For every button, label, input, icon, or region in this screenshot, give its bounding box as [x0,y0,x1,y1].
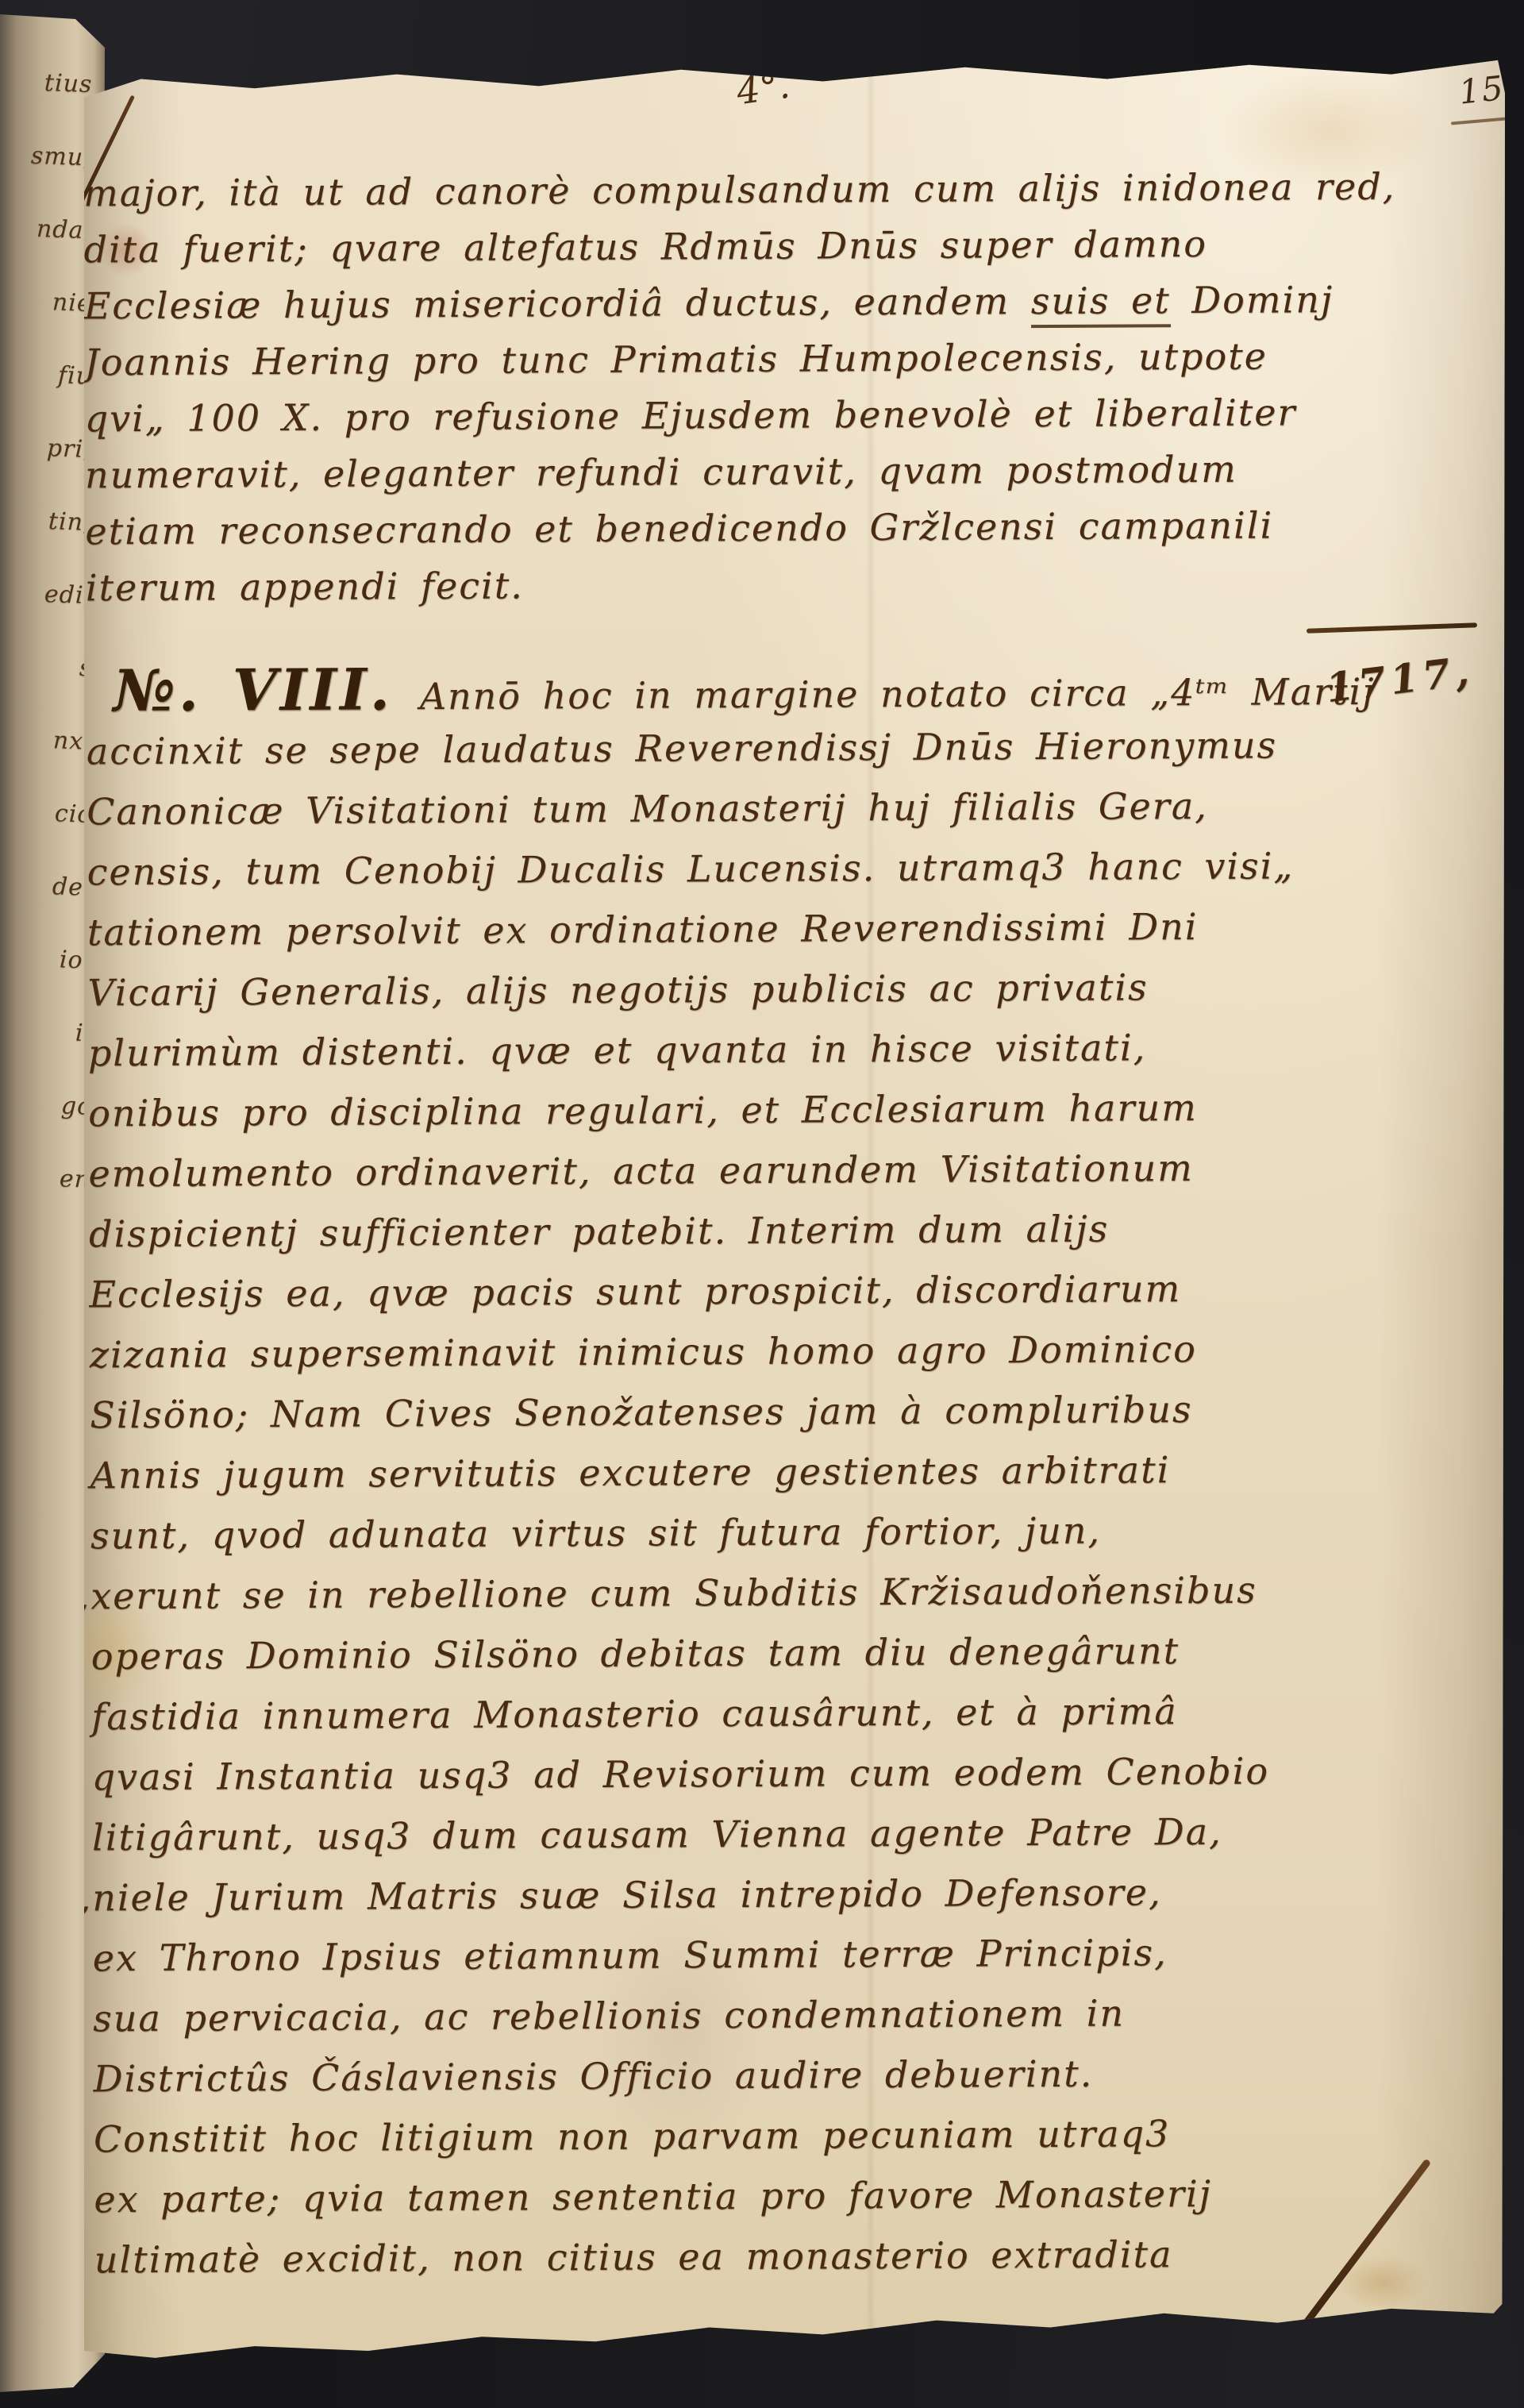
folio-underline-stroke [1451,116,1516,125]
manuscript-line: iterum appendi fecit. [86,553,1403,617]
manuscript-line: „emolumento ordinaverit, acta earundem V… [88,1137,1406,1204]
line-segment: „Ecclesiæ hujus misericordiâ ductus, ean… [63,279,1031,327]
underlined-words: suis et [1031,279,1171,328]
manuscript-line: plurimùm distenti. qvæ et qvanta in hisc… [88,1016,1406,1084]
manuscript-line: qvi„ 100 X. pro refusione Ejusdem benevo… [84,384,1402,448]
manuscript-line: major, ità ut ad canorè compulsandum cum… [83,159,1401,222]
manuscript-line: etiam reconsecrando et benedicendo Gržlc… [85,497,1403,561]
manuscript-line: ex Throno Ipsius etiamnum Summi terræ Pr… [93,1921,1410,1989]
manuscript-line: ultimatè excidit, non citius ea monaster… [94,2223,1412,2290]
section-number-heading: №. VIII. [113,655,393,724]
manuscript-line: fastidia innumera Monasterio causârunt, … [91,1680,1409,1747]
line-segment: Dominj [1171,278,1334,322]
manuscript-line: accinxit se sepe laudatus Reverendissj D… [87,715,1404,782]
manuscript-line: litigârunt, usq3 dum causam Vienna agent… [92,1801,1410,1868]
manuscript-line: „niele Jurium Matris suæ Silsa intrepido… [92,1861,1410,1928]
manuscript-line: №. VIII.Annō hoc in margine notato circa… [86,654,1403,722]
manuscript-line: dita fuerit; qvare altefatus Rdmūs Dnūs … [83,215,1401,279]
manuscript-line: qvasi Instantia usq3 ad Revisorium cum e… [91,1740,1409,1808]
folio-number: 15. [1457,67,1519,111]
manuscript-line: „tationem persolvit ex ordinatione Rever… [87,896,1405,963]
manuscript-line: Ecclesijs ea, qvæ pacis sunt prospicit, … [89,1258,1407,1325]
manuscript-line: Annis jugum servitutis excutere gestient… [90,1439,1407,1506]
manuscript-line: „xerunt se in rebellione cum Subditis Kr… [90,1559,1408,1627]
manuscript-line: censis, tum Cenobij Ducalis Lucensis. ut… [87,835,1404,903]
gutter-text-fragment: tius [44,69,93,98]
gutter-text-fragment: nda, [36,215,92,245]
paragraph-spacer [86,610,1403,661]
quire-mark: 4°. [734,64,793,114]
manuscript-text-block: major, ità ut ad canorè compulsandum cum… [83,159,1412,2290]
manuscript-page: 4°. 15. major, ità ut ad canorè compulsa… [84,56,1505,2398]
line-segment: Annō hoc in margine notato circa „4ᵗᵐ Ma… [420,670,1376,718]
manuscript-line: onibus pro disciplina regulari, et Eccle… [88,1077,1406,1144]
gutter-text-fragment: smu, [31,142,93,172]
manuscript-line: Constitit hoc litigium non parvam pecuni… [94,2102,1411,2170]
manuscript-line: Joannis Hering pro tunc Primatis Humpole… [84,328,1402,391]
manuscript-line: zizania superseminavit inimicus homo agr… [90,1318,1407,1385]
manuscript-line: Districtûs Čáslaviensis Officio audire d… [93,2042,1410,2109]
manuscript-line: Silsöno; Nam Cives Senožatenses jam à co… [90,1378,1407,1446]
manuscript-line: sua pervicacia, ac rebellionis condemnat… [93,1982,1410,2049]
manuscript-line: operas Dominio Silsöno debitas tam diu d… [91,1620,1409,1687]
manuscript-line: „Ecclesiæ hujus misericordiâ ductus, ean… [84,272,1402,335]
manuscript-line: Vicarij Generalis, alijs negotijs public… [87,956,1405,1023]
manuscript-line: ex parte; qvia tamen sententia pro favor… [94,2163,1411,2230]
manuscript-line: numeravit, eleganter refundi curavit, qv… [85,441,1403,504]
manuscript-line: sunt, qvod adunata virtus sit futura for… [90,1499,1408,1566]
manuscript-line: Canonicæ Visitationi tum Monasterij huj … [87,775,1404,842]
manuscript-line: dispicientj sufficienter patebit. Interi… [89,1197,1407,1265]
